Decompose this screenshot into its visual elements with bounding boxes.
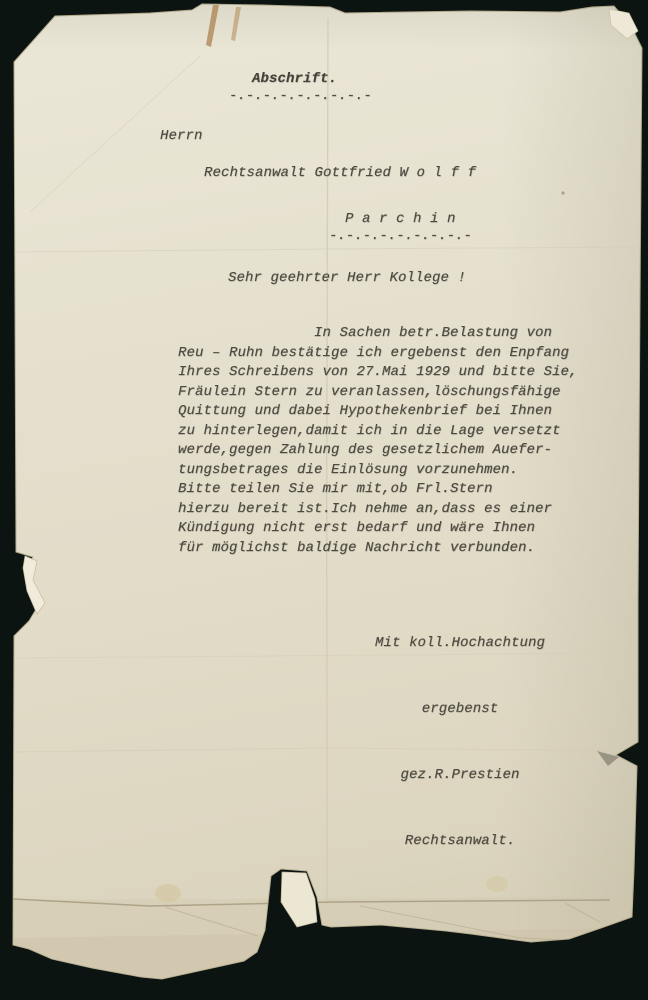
photo-canvas: Abschrift. -.-.-.-.-.-.-.-.- Herrn Recht… — [0, 0, 648, 1000]
recipient-city-line: P a r c h i n — [345, 211, 456, 228]
heading-underline: -.-.-.-.-.-.-.-.- — [229, 88, 372, 105]
document-heading: Abschrift. — [252, 71, 337, 88]
city-underline: -.-.-.-.-.-.-.-.- — [329, 228, 472, 245]
recipient-name-line: Rechtsanwalt Gottfried W o l f f — [204, 165, 476, 182]
closing-line-1: Mit koll.Hochachtung — [330, 632, 590, 654]
letter-salutation: Sehr geehrter Herr Kollege ! — [228, 270, 466, 287]
letter-closing-block: Mit koll.Hochachtung ergebenst gez.R.Pre… — [330, 588, 590, 896]
closing-line-2: ergebenst — [330, 698, 590, 720]
letter-body: In Sachen betr.Belastung von Reu – Ruhn … — [178, 324, 578, 558]
typewritten-text-layer: Abschrift. -.-.-.-.-.-.-.-.- Herrn Recht… — [0, 0, 648, 1000]
recipient-salutation-line: Herrn — [160, 128, 203, 145]
closing-line-4: Rechtsanwalt. — [330, 830, 590, 852]
closing-line-3: gez.R.Prestien — [330, 764, 590, 786]
